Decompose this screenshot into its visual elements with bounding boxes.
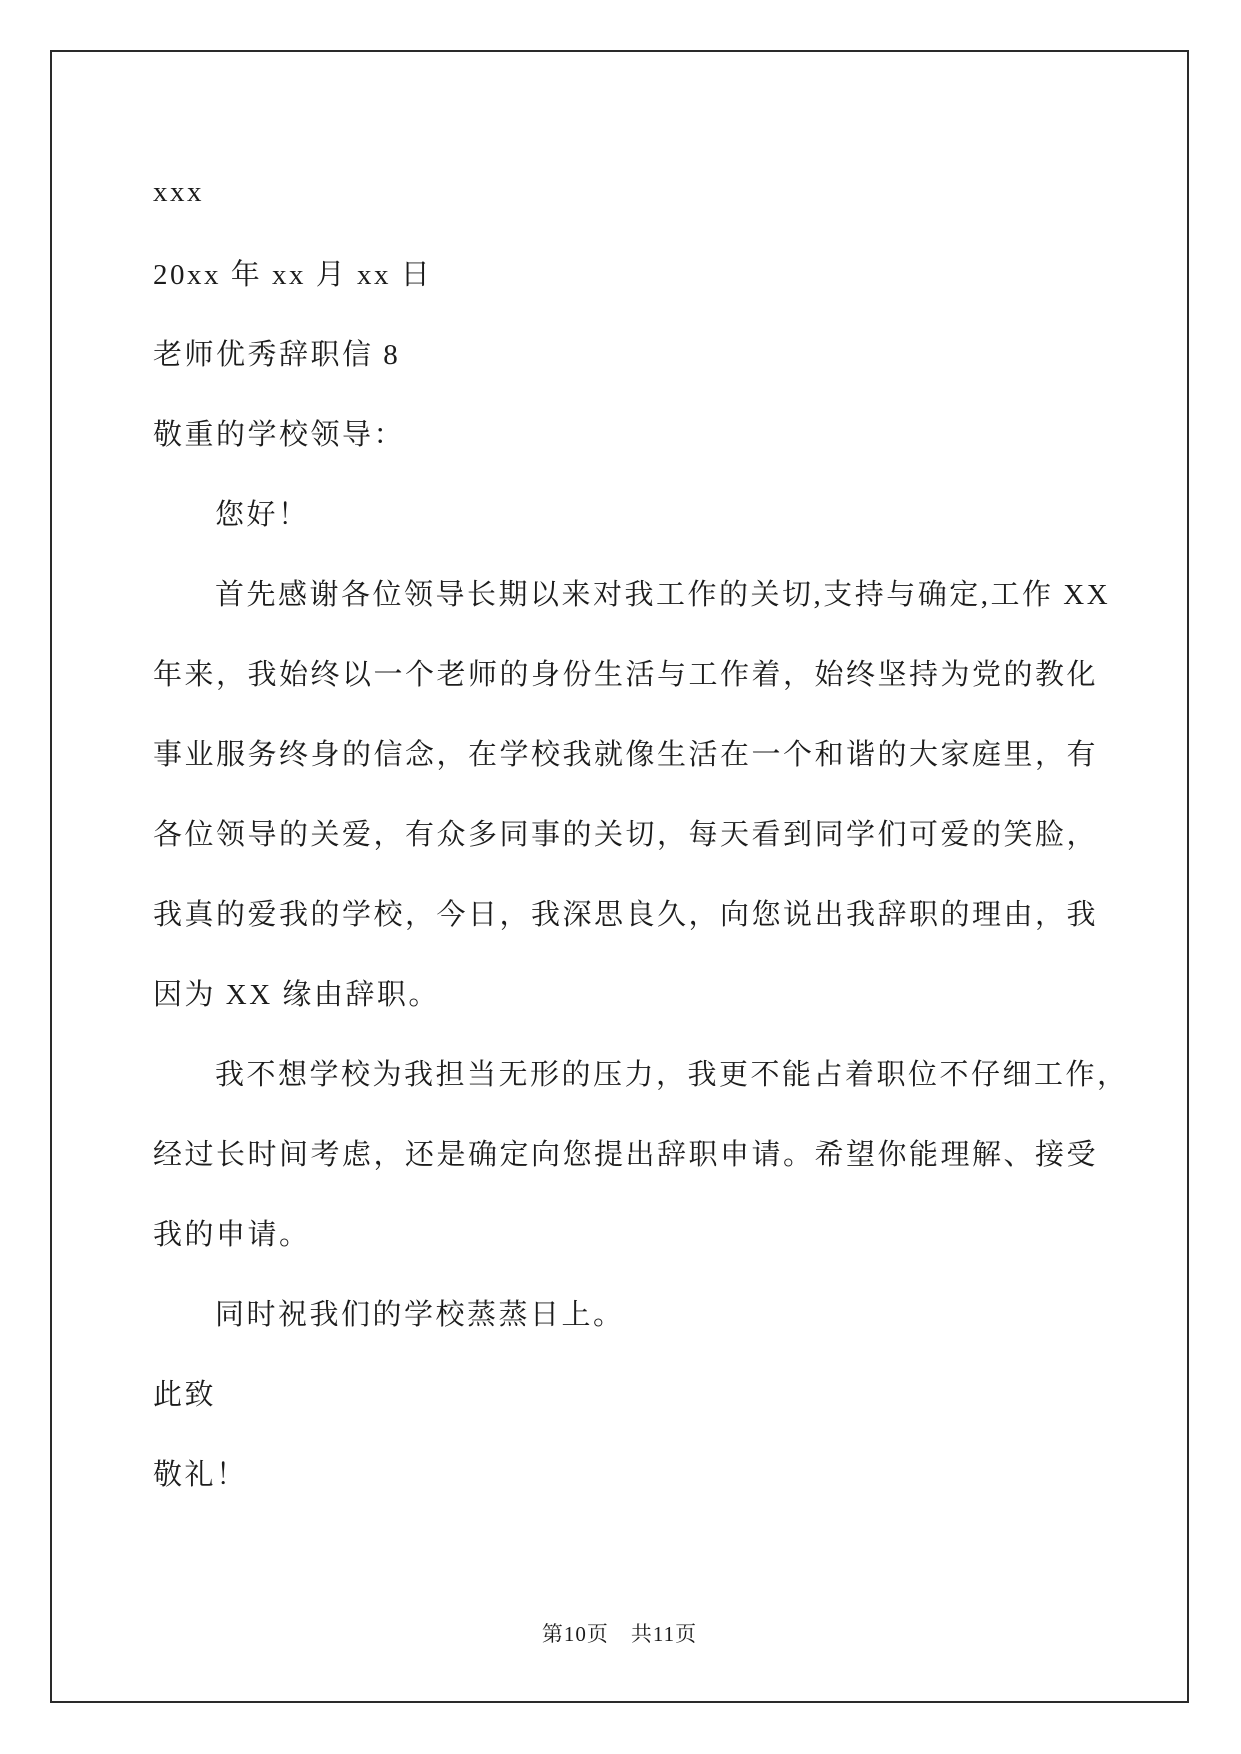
body-line: 事业服务终身的信念，在学校我就像生活在一个和谐的大家庭里，有 [153,712,1118,792]
body-line: 首先感谢各位领导长期以来对我工作的关切,支持与确定,工作 XX [153,552,1118,632]
document-page: xxx 20xx 年 xx 月 xx 日 老师优秀辞职信 8 敬重的学校领导： … [0,0,1241,1754]
signature-placeholder-line: xxx [153,152,1118,232]
letter-body: xxx 20xx 年 xx 月 xx 日 老师优秀辞职信 8 敬重的学校领导： … [153,152,1118,1512]
body-line: 同时祝我们的学校蒸蒸日上。 [153,1272,1118,1352]
body-line: 年来，我始终以一个老师的身份生活与工作着，始终坚持为党的教化 [153,632,1118,712]
page-footer: 第10页 共11页 [52,1618,1187,1648]
date-line: 20xx 年 xx 月 xx 日 [153,232,1118,312]
page-border: xxx 20xx 年 xx 月 xx 日 老师优秀辞职信 8 敬重的学校领导： … [50,50,1189,1703]
greeting-line: 您好！ [153,472,1118,552]
body-line: 各位领导的关爱，有众多同事的关切，每天看到同学们可爱的笑脸， [153,792,1118,872]
letter-title: 老师优秀辞职信 8 [153,312,1118,392]
body-line: 因为 XX 缘由辞职。 [153,952,1118,1032]
body-line: 经过长时间考虑，还是确定向您提出辞职申请。希望你能理解、接受 [153,1112,1118,1192]
body-line: 我的申请。 [153,1192,1118,1272]
body-line: 我真的爱我的学校，今日，我深思良久，向您说出我辞职的理由，我 [153,872,1118,952]
salute-line: 敬礼！ [153,1432,1118,1512]
closing-line: 此致 [153,1352,1118,1432]
body-line: 我不想学校为我担当无形的压力，我更不能占着职位不仔细工作， [153,1032,1118,1112]
salutation-line: 敬重的学校领导： [153,392,1118,472]
